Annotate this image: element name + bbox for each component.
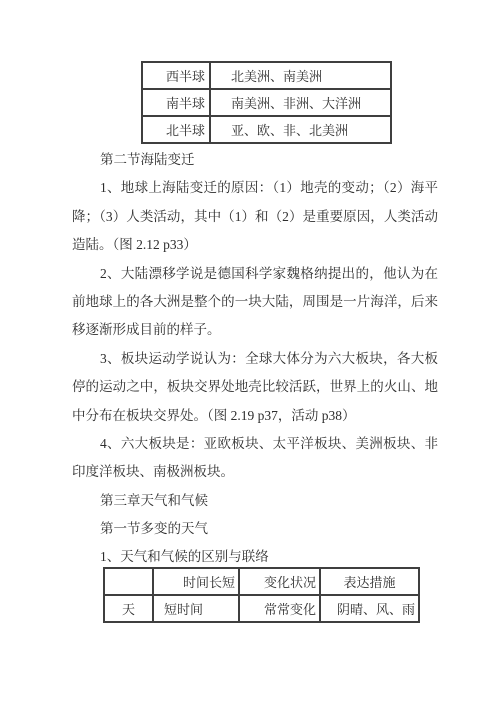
table-row: 南半球 南美洲、非洲、大洋洲 <box>142 89 391 116</box>
body-line: 4、六大板块是：亚欧板块、太平洋板块、美洲板块、非洲板块、 <box>72 430 438 458</box>
continents-value-cell: 北美洲、南美洲 <box>210 62 391 89</box>
empty-header-cell <box>104 568 153 595</box>
body-line: 降；（3）人类活动，其中（1）和（2）是重要原因，人类活动如填海 <box>72 203 438 231</box>
table-header-row: 时间长短 变化状况 表达措施 <box>104 568 419 595</box>
body-line: 2、大陆漂移学说是德国科学家魏格纳提出的，他认为在两亿年 <box>72 260 438 288</box>
table-row: 北半球 亚、欧、非、北美洲 <box>142 116 391 143</box>
body-line: 印度洋板块、南极洲板块。 <box>72 458 438 486</box>
document-body: 第二节海陆变迁 1、地球上海陆变迁的原因：（1）地壳的变动；（2）海平面的升 降… <box>72 146 438 572</box>
section-heading: 第一节多变的天气 <box>72 515 438 543</box>
header-cell-duration: 时间长短 <box>153 568 239 595</box>
section-heading: 第二节海陆变迁 <box>72 146 438 174</box>
header-cell-change: 变化状况 <box>239 568 320 595</box>
chapter-heading: 第三章天气和气候 <box>72 487 438 515</box>
table-row: 天 短时间 常常变化 阴晴、风、雨 <box>104 595 419 622</box>
continents-value-cell: 南美洲、非洲、大洋洲 <box>210 89 391 116</box>
body-line: 3、板块运动学说认为：全球大体分为六大板块，各大板块在不 <box>72 345 438 373</box>
header-cell-expression: 表达措施 <box>320 568 419 595</box>
body-line: 停的运动之中，板块交界处地壳比较活跃，世界上的火山、地震也集 <box>72 373 438 401</box>
row-label-cell: 天 <box>104 595 153 622</box>
body-line: 造陆。（图 2.12 p33） <box>72 231 438 259</box>
document-page: 西半球 北美洲、南美洲 南半球 南美洲、非洲、大洋洲 北半球 亚、欧、非、北美洲… <box>0 0 500 707</box>
hemisphere-label-cell: 北半球 <box>142 116 210 143</box>
hemisphere-label-cell: 南半球 <box>142 89 210 116</box>
weather-climate-table: 时间长短 变化状况 表达措施 天 短时间 常常变化 阴晴、风、雨 <box>103 567 420 623</box>
body-line: 前地球上的各大洲是整个的一块大陆，周围是一片海洋，后来分离漂 <box>72 288 438 316</box>
body-line: 1、地球上海陆变迁的原因：（1）地壳的变动；（2）海平面的升 <box>72 174 438 202</box>
continents-value-cell: 亚、欧、非、北美洲 <box>210 116 391 143</box>
body-line: 中分布在板块交界处。（图 2.19 p37，活动 p38） <box>72 402 438 430</box>
duration-cell: 短时间 <box>153 595 239 622</box>
body-line: 移逐渐形成目前的样子。 <box>72 316 438 344</box>
hemisphere-continent-table: 西半球 北美洲、南美洲 南半球 南美洲、非洲、大洋洲 北半球 亚、欧、非、北美洲 <box>141 61 392 144</box>
change-cell: 常常变化 <box>239 595 320 622</box>
hemisphere-label-cell: 西半球 <box>142 62 210 89</box>
table-row: 西半球 北美洲、南美洲 <box>142 62 391 89</box>
expression-cell: 阴晴、风、雨 <box>320 595 419 622</box>
